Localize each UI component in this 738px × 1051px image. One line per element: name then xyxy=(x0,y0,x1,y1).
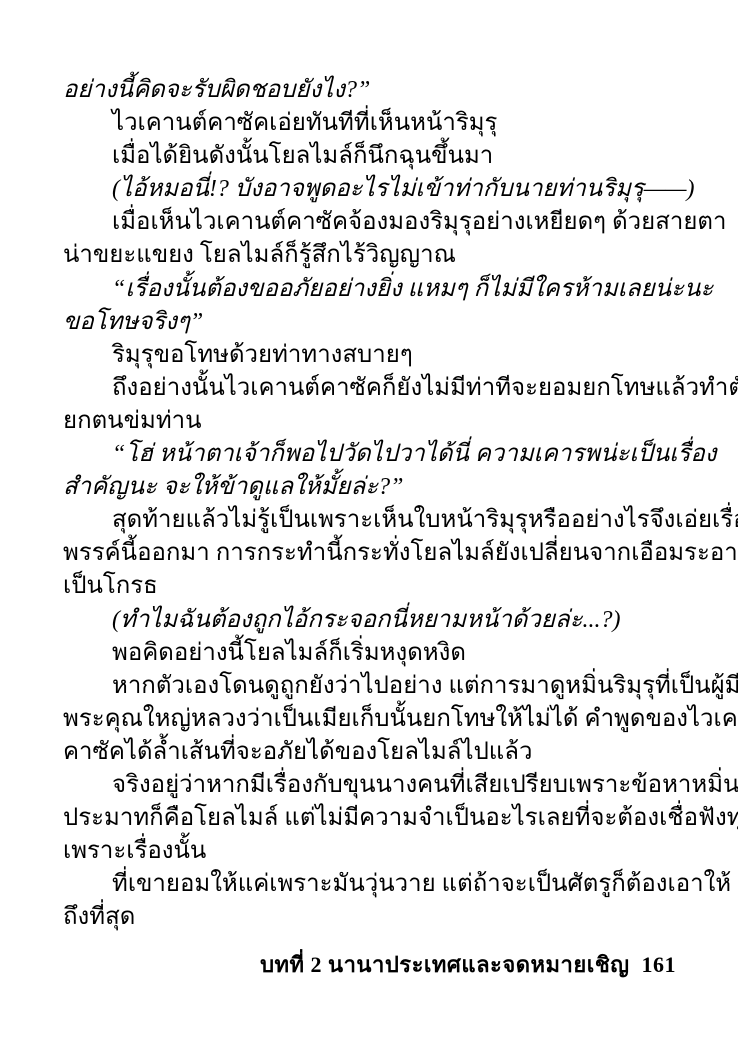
text-line: พระคุณใหญ่หลวงว่าเป็นเมียเก็บนั้นยกโทษให… xyxy=(63,703,679,736)
text-line: คาซัคได้ล้ำเส้นที่จะอภัยได้ของโยลไมล์ไปแ… xyxy=(63,736,679,769)
text-line: ริมุรุขอโทษด้วยท่าทางสบายๆ xyxy=(63,339,679,372)
footer-page-number: 161 xyxy=(642,952,677,977)
footer-chapter-title: บทที่ 2 นานาประเทศและจดหมายเชิญ xyxy=(260,952,629,977)
text-line: พอคิดอย่างนี้โยลไมล์ก็เริ่มหงุดหงิด xyxy=(63,637,679,670)
text-line: (ทำไมฉันต้องถูกไอ้กระจอกนี่หยามหน้าด้วยล… xyxy=(63,604,679,637)
text-line: “เรื่องนั้นต้องขออภัยอย่างยิ่ง แหมๆ ก็ไม… xyxy=(63,273,679,306)
text-line: พรรค์นี้ออกมา การกระทำนี้กระทั่งโยลไมล์ย… xyxy=(63,537,679,570)
text-line: ถึงอย่างนั้นไวเคานต์คาซัคก็ยังไม่มีท่าที… xyxy=(63,372,679,405)
text-line: เป็นโกรธ xyxy=(63,570,679,603)
text-line: เมื่อเห็นไวเคานต์คาซัคจ้องมองริมุรุอย่าง… xyxy=(63,206,679,239)
body-text: อย่างนี้คิดจะรับผิดชอบยังไง?”ไวเคานต์คาซ… xyxy=(63,74,679,934)
text-line: น่าขยะแขยง โยลไมล์ก็รู้สึกไร้วิญญาณ xyxy=(63,239,679,272)
text-line: สำคัญนะ จะให้ข้าดูแลให้มั้ยล่ะ?” xyxy=(63,471,679,504)
text-line: ยกตนข่มท่าน xyxy=(63,405,679,438)
text-line: ประมาทก็คือโยลไมล์ แต่ไม่มีความจำเป็นอะไ… xyxy=(63,802,679,835)
book-page: อย่างนี้คิดจะรับผิดชอบยังไง?”ไวเคานต์คาซ… xyxy=(0,0,738,1051)
text-line: อย่างนี้คิดจะรับผิดชอบยังไง?” xyxy=(63,74,679,107)
text-line: เพราะเรื่องนั้น xyxy=(63,835,679,868)
text-line: หากตัวเองโดนดูถูกยังว่าไปอย่าง แต่การมาด… xyxy=(63,670,679,703)
text-line: ที่เขายอมให้แค่เพราะมันวุ่นวาย แต่ถ้าจะเ… xyxy=(63,868,679,901)
text-line: ไวเคานต์คาซัคเอ่ยทันทีที่เห็นหน้าริมุรุ xyxy=(63,107,679,140)
text-line: ขอโทษจริงๆ” xyxy=(63,306,679,339)
page-footer: บทที่ 2 นานาประเทศและจดหมายเชิญ161 xyxy=(260,947,676,982)
text-line: จริงอยู่ว่าหากมีเรื่องกับขุนนางคนที่เสีย… xyxy=(63,769,679,802)
text-line: “โฮ่ หน้าตาเจ้าก็พอไปวัดไปวาได้นี่ ความเ… xyxy=(63,438,679,471)
text-line: (ไอ้หมอนี่!? บังอาจพูดอะไรไม่เข้าท่ากับน… xyxy=(63,173,679,206)
text-line: เมื่อได้ยินดังนั้นโยลไมล์ก็นึกฉุนขึ้นมา xyxy=(63,140,679,173)
text-line: สุดท้ายแล้วไม่รู้เป็นเพราะเห็นใบหน้าริมุ… xyxy=(63,504,679,537)
text-line: ถึงที่สุด xyxy=(63,901,679,934)
